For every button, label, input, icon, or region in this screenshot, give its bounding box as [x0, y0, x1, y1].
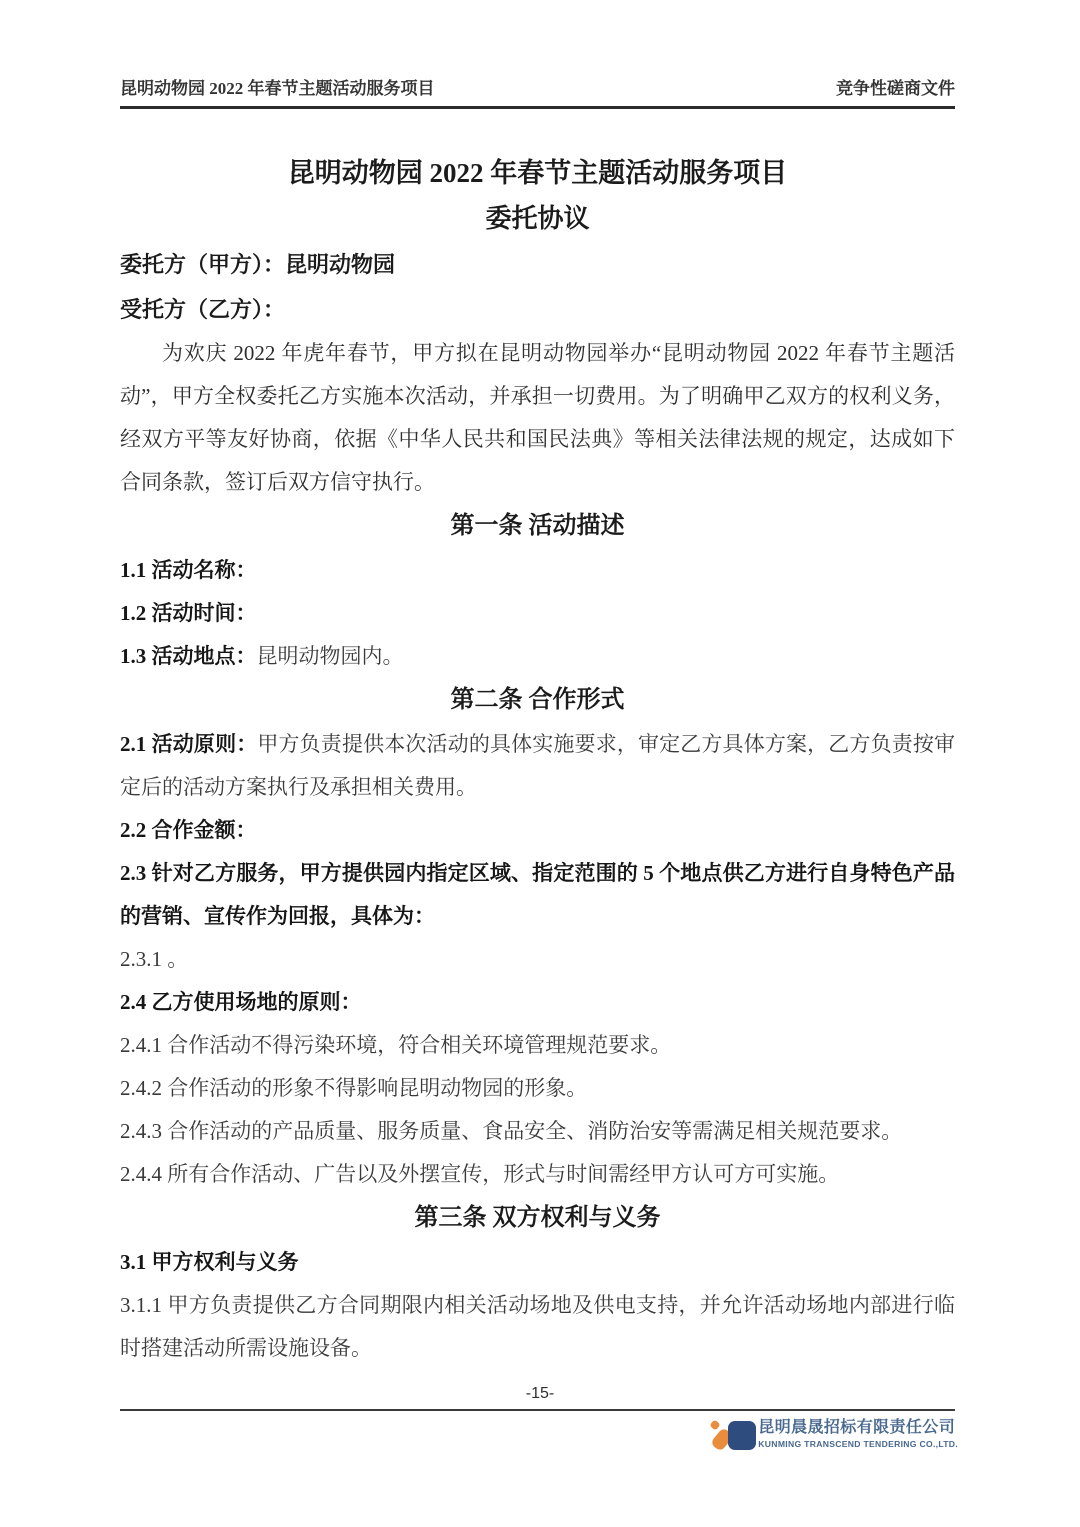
document-title: 昆明动物园 2022 年春节主题活动服务项目	[120, 150, 955, 196]
footer-rule	[120, 1409, 955, 1411]
clause-1-1-label: 1.1 活动名称：	[120, 558, 257, 582]
clause-2-2-label: 2.2 合作金额：	[120, 818, 257, 842]
clause-2-4-4: 2.4.4 所有合作活动、广告以及外摆宣传，形式与时间需经甲方认可方可实施。	[120, 1153, 955, 1196]
clause-2-4-2: 2.4.2 合作活动的形象不得影响昆明动物园的形象。	[120, 1067, 955, 1110]
clause-2-2: 2.2 合作金额：	[120, 809, 955, 852]
clause-3-1-1-text: 3.1.1 甲方负责提供乙方合同期限内相关活动场地及供电支持，并允许活动场地内部…	[120, 1293, 955, 1360]
section-3-heading: 第三条 双方权利与义务	[120, 1196, 955, 1241]
clause-2-3-1: 2.3.1 。	[120, 938, 955, 981]
company-name-cn: 昆明晨晟招标有限责任公司	[758, 1418, 958, 1438]
header-left-project-title: 昆明动物园 2022 年春节主题活动服务项目	[120, 74, 435, 99]
party-a-line: 委托方（甲方）：昆明动物园	[120, 242, 955, 287]
clause-1-1: 1.1 活动名称：	[120, 549, 955, 592]
clause-1-2-label: 1.2 活动时间：	[120, 601, 257, 625]
clause-3-1: 3.1 甲方权利与义务	[120, 1241, 955, 1284]
clause-1-3-label: 1.3 活动地点：	[120, 644, 257, 668]
logo-dot-shape	[710, 1419, 721, 1430]
company-name-block: 昆明晨晟招标有限责任公司 KUNMING TRANSCEND TENDERING…	[758, 1418, 958, 1450]
clause-2-1: 2.1 活动原则：甲方负责提供本次活动的具体实施要求，审定乙方具体方案，乙方负责…	[120, 723, 955, 809]
intro-paragraph: 为欢庆 2022 年虎年春节，甲方拟在昆明动物园举办“昆明动物园 2022 年春…	[120, 332, 955, 504]
party-b-line: 受托方（乙方）：	[120, 287, 955, 332]
clause-2-4: 2.4 乙方使用场地的原则：	[120, 981, 955, 1024]
section-2-heading: 第二条 合作形式	[120, 678, 955, 723]
company-logo: 昆明晨晟招标有限责任公司 KUNMING TRANSCEND TENDERING…	[708, 1418, 958, 1456]
logo-square-shape	[728, 1421, 756, 1450]
clause-3-1-label: 3.1 甲方权利与义务	[120, 1250, 299, 1274]
section-1-heading: 第一条 活动描述	[120, 504, 955, 549]
company-name-en: KUNMING TRANSCEND TENDERING CO.,LTD.	[758, 1439, 958, 1450]
clause-1-3: 1.3 活动地点：昆明动物园内。	[120, 635, 955, 678]
clause-2-1-label: 2.1 活动原则：	[120, 732, 257, 756]
header-right-doc-type: 竞争性磋商文件	[836, 74, 955, 99]
clause-2-4-4-text: 2.4.4 所有合作活动、广告以及外摆宣传，形式与时间需经甲方认可方可实施。	[120, 1162, 839, 1186]
clause-2-3: 2.3 针对乙方服务，甲方提供园内指定区域、指定范围的 5 个地点供乙方进行自身…	[120, 852, 955, 938]
document-subtitle: 委托协议	[120, 196, 955, 242]
clause-1-3-text: 昆明动物园内。	[257, 644, 404, 668]
clause-2-4-label: 2.4 乙方使用场地的原则：	[120, 990, 362, 1014]
clause-2-3-1-text: 2.3.1 。	[120, 947, 188, 971]
clause-2-4-3-text: 2.4.3 合作活动的产品质量、服务质量、食品安全、消防治安等需满足相关规范要求…	[120, 1119, 902, 1143]
page-number: -15-	[0, 1383, 1080, 1405]
document-page: 昆明动物园 2022 年春节主题活动服务项目 竞争性磋商文件 昆明动物园 202…	[0, 0, 1080, 1527]
company-logo-icon	[708, 1418, 758, 1456]
document-body: 昆明动物园 2022 年春节主题活动服务项目 委托协议 委托方（甲方）：昆明动物…	[120, 150, 955, 1370]
clause-2-4-1-text: 2.4.1 合作活动不得污染环境，符合相关环境管理规范要求。	[120, 1033, 671, 1057]
clause-2-4-1: 2.4.1 合作活动不得污染环境，符合相关环境管理规范要求。	[120, 1024, 955, 1067]
clause-1-2: 1.2 活动时间：	[120, 592, 955, 635]
clause-2-4-3: 2.4.3 合作活动的产品质量、服务质量、食品安全、消防治安等需满足相关规范要求…	[120, 1110, 955, 1153]
clause-2-4-2-text: 2.4.2 合作活动的形象不得影响昆明动物园的形象。	[120, 1076, 587, 1100]
page-header: 昆明动物园 2022 年春节主题活动服务项目 竞争性磋商文件	[120, 74, 955, 109]
clause-2-3-label: 2.3 针对乙方服务，甲方提供园内指定区域、指定范围的 5 个地点供乙方进行自身…	[120, 861, 955, 928]
clause-3-1-1: 3.1.1 甲方负责提供乙方合同期限内相关活动场地及供电支持，并允许活动场地内部…	[120, 1284, 955, 1370]
